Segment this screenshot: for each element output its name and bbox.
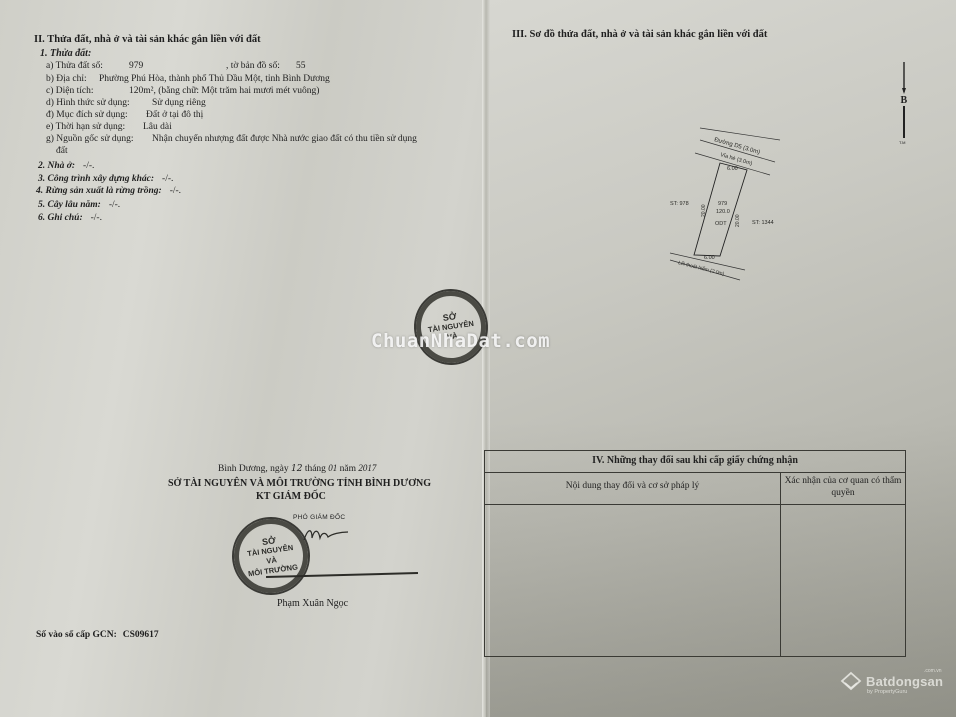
corridor-label: Lối thoát hiểm (2.0m) (678, 259, 726, 277)
batdongsan-logo: Batdongsan .com.vn by PropertyGuru (840, 668, 950, 698)
table-column-divider (780, 472, 781, 656)
changes-table-title-row: IV. Những thay đổi sau khi cấp giấy chứn… (485, 451, 905, 473)
compass-scale: T.M (899, 140, 905, 144)
row-key: c) Diện tích: (46, 86, 93, 96)
gcn-label: Số vào sổ cấp GCN: (36, 630, 117, 640)
month-label: tháng (305, 464, 326, 474)
section-iii-title: III. Sơ đồ thửa đất, nhà ở và tài sản kh… (512, 29, 767, 41)
item-value: -/-. (83, 161, 94, 171)
origin-value: Nhận chuyển nhượng đất được Nhà nước gia… (152, 134, 417, 144)
area-value: 120m², (bằng chữ: Một trăm hai mươi mét … (129, 86, 319, 96)
land-row-origin: g) Nguồn gốc sử dụng: Nhận chuyển nhượng… (46, 134, 133, 144)
land-heading: 1. Thửa đất: (40, 48, 91, 60)
signer-name: Phạm Xuân Ngọc (277, 598, 348, 610)
changes-table: IV. Những thay đổi sau khi cấp giấy chứn… (484, 450, 906, 657)
item-notes: 6. Ghi chú:-/-. (38, 213, 102, 223)
sidewalk-label: Vỉa hè (3.0m) (719, 151, 753, 167)
item-key: 4. Rừng sản xuất là rừng trồng: (36, 186, 162, 196)
watermark: ChuanNhaDat.com (371, 330, 550, 352)
item-perennial-trees: 5. Cây lâu năm:-/-. (38, 200, 120, 210)
purpose-value: Đất ở tại đô thị (146, 110, 203, 120)
place-date-prefix: Bình Dương, ngày (218, 464, 289, 474)
item-production-forest: 4. Rừng sản xuất là rừng trồng:-/-. (36, 186, 181, 196)
top-width: 6.00 (727, 166, 738, 172)
north-arrow-icon: B T.M (896, 62, 912, 144)
neighbor-right: ST: 1344 (752, 220, 774, 226)
right-length: 20.00 (735, 214, 741, 227)
map-sheet-label: , tờ bản đồ số: (226, 61, 280, 71)
row-key: e) Thời hạn sử dụng: (46, 122, 125, 132)
land-type: ODT (715, 221, 727, 227)
row-key: d) Hình thức sử dụng: (46, 98, 130, 108)
changes-table-header-row: Nội dung thay đổi và cơ sở pháp lý Xác n… (485, 472, 905, 505)
item-key: 6. Ghi chú: (38, 213, 83, 223)
land-row-term: e) Thời hạn sử dụng: Lâu dài (46, 122, 125, 132)
row-key: b) Địa chỉ: (46, 74, 87, 84)
section-iv-title: IV. Những thay đổi sau khi cấp giấy chứn… (485, 455, 905, 466)
handwritten-signature (302, 524, 350, 544)
item-house: 2. Nhà ở:-/-. (38, 161, 94, 171)
plot-area: 120.0 (716, 209, 730, 215)
land-plot-diagram: Đường D5 (3.0m) Vỉa hè (3.0m) 6.00 979 1… (640, 125, 800, 285)
origin-value-continued: đất (56, 146, 68, 156)
bottom-width: 6.00 (704, 255, 715, 261)
column-header-changes: Nội dung thay đổi và cơ sở pháp lý (485, 481, 780, 491)
place-date: Bình Dương, ngày 12 tháng 01 năm 2017 (218, 462, 376, 475)
year-label: năm (340, 464, 356, 474)
row-key: g) Nguồn gốc sử dụng: (46, 134, 133, 144)
neighbor-left: ST: 978 (670, 201, 689, 207)
issue-day: 12 (291, 464, 302, 474)
column-header-confirmation: Xác nhận của cơ quan có thẩm quyền (781, 475, 905, 499)
item-key: 2. Nhà ở: (38, 161, 75, 171)
issuing-department: SỞ TÀI NGUYÊN VÀ MÔI TRƯỜNG TỈNH BÌNH DƯ… (168, 478, 431, 490)
item-key: 5. Cây lâu năm: (38, 200, 101, 210)
item-value: -/-. (109, 200, 120, 210)
gcn-registry: Số vào sổ cấp GCN:CS09617 (36, 629, 159, 641)
brand-byline: by PropertyGuru (867, 689, 907, 695)
kt-director-title: KT GIÁM ĐỐC (256, 491, 326, 503)
land-row-parcel: a) Thửa đất số: 979 , tờ bản đồ số: 55 (46, 61, 103, 71)
usage-form-value: Sử dụng riêng (152, 98, 206, 108)
item-other-construction: 3. Công trình xây dựng khác:-/-. (38, 174, 173, 184)
section-ii-title: II. Thửa đất, nhà ở và tài sản khác gắn … (34, 34, 261, 46)
row-key: đ) Mục đích sử dụng: (46, 110, 128, 120)
land-row-usage-form: d) Hình thức sử dụng: Sử dụng riêng (46, 98, 130, 108)
gcn-number: CS09617 (123, 630, 159, 640)
compass-letter: B (901, 95, 908, 106)
brand-domain: .com.vn (924, 668, 942, 674)
item-value: -/-. (162, 174, 173, 184)
row-key: a) Thửa đất số: (46, 61, 103, 71)
address-value: Phường Phú Hòa, thành phố Thủ Dầu Một, t… (99, 74, 330, 84)
item-value: -/-. (91, 213, 102, 223)
land-row-area: c) Diện tích: 120m², (bằng chữ: Một trăm… (46, 86, 93, 96)
issue-year: 2017 (358, 463, 376, 473)
vice-director-title: PHÓ GIÁM ĐỐC (293, 512, 345, 524)
parcel-number: 979 (129, 61, 143, 71)
brand-name: Batdongsan (866, 674, 943, 689)
map-sheet-number: 55 (296, 61, 306, 71)
batdongsan-house-icon (840, 671, 862, 693)
land-row-address: b) Địa chỉ: Phường Phú Hòa, thành phố Th… (46, 74, 87, 84)
issue-month: 01 (328, 463, 337, 473)
item-value: -/-. (170, 186, 181, 196)
plot-parcel-number: 979 (718, 201, 727, 207)
item-key: 3. Công trình xây dựng khác: (38, 174, 154, 184)
left-length: 20.00 (701, 204, 707, 217)
term-value: Lâu dài (143, 122, 172, 132)
land-row-purpose: đ) Mục đích sử dụng: Đất ở tại đô thị (46, 110, 128, 120)
